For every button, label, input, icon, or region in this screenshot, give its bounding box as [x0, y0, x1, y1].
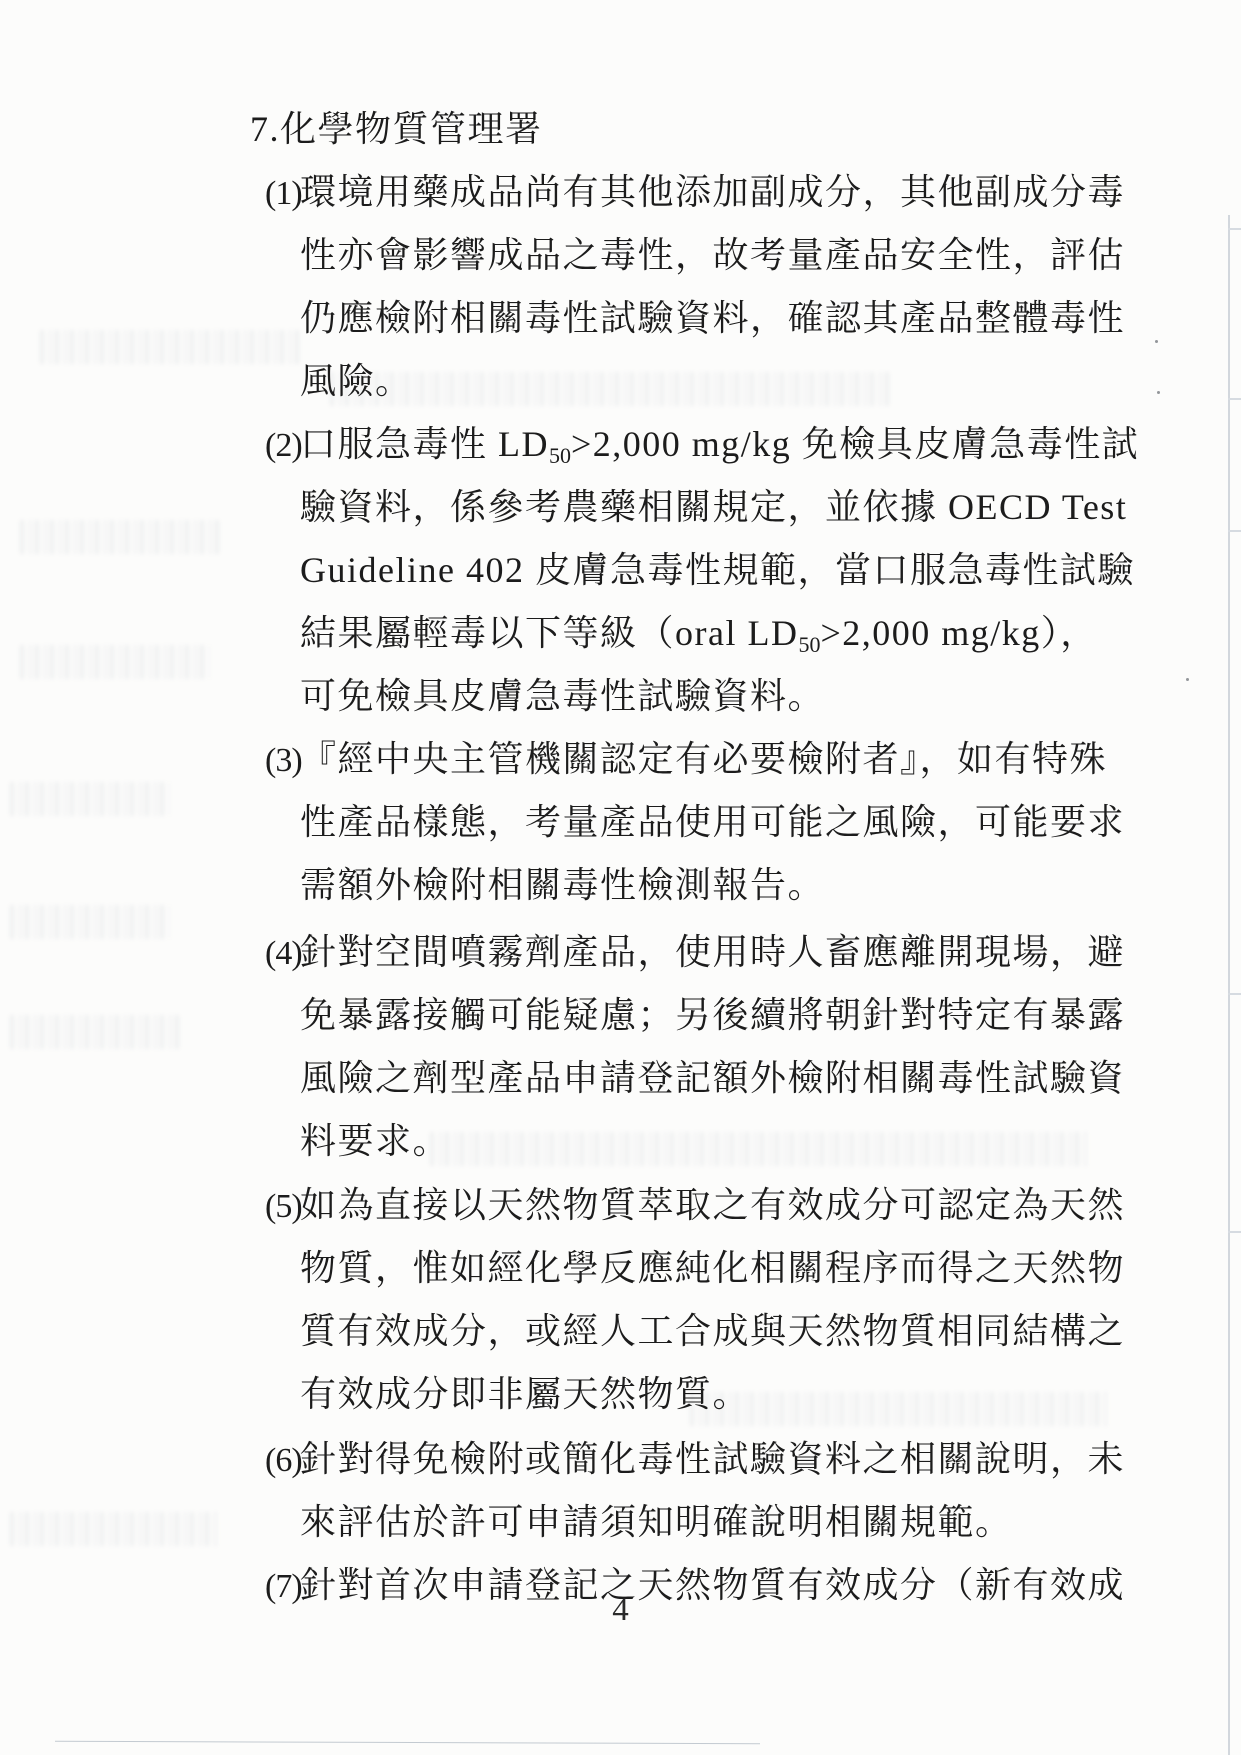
bleedthrough-ghost	[20, 520, 220, 554]
scan-edge-tick	[1228, 1231, 1241, 1233]
text-segment: 風險之劑型產品申請登記額外檢附相關毒性試驗資	[300, 1058, 1125, 1098]
dust-speck	[1157, 391, 1160, 394]
text-line: 有效成分即非屬天然物質。	[265, 1363, 1125, 1426]
text-segment: 物質，惟如經化學反應純化相關程序而得之天然物	[300, 1248, 1125, 1288]
text-segment: 需額外檢附相關毒性檢測報告。	[300, 865, 825, 905]
text-segment: 性亦會影響成品之毒性，故考量產品安全性，評估	[300, 235, 1125, 275]
list-item-6: (6)針對得免檢附或簡化毒性試驗資料之相關說明，未 來評估於許可申請須知明確說明…	[265, 1428, 1125, 1554]
bleedthrough-ghost	[10, 905, 170, 939]
text-line: Guideline 402 皮膚急毒性規範，當口服急毒性試驗	[265, 539, 1139, 602]
text-line: (5)如為直接以天然物質萃取之有效成分可認定為天然	[265, 1174, 1125, 1237]
text-segment: 『經中央主管機關認定有必要檢附者』，如有特殊	[300, 739, 1107, 779]
text-line: 料要求。	[265, 1110, 1125, 1173]
text-segment: 針對得免檢附或簡化毒性試驗資料之相關說明，未	[300, 1439, 1125, 1479]
text-segment: 料要求。	[300, 1121, 450, 1161]
text-line: (3)『經中央主管機關認定有必要檢附者』，如有特殊	[265, 728, 1125, 791]
dust-speck	[1155, 340, 1158, 343]
text-segment: Guideline 402 皮膚急毒性規範，當口服急毒性試驗	[300, 550, 1135, 590]
text-line: 質有效成分，或經人工合成與天然物質相同結構之	[265, 1300, 1125, 1363]
list-item-marker: (2)	[265, 414, 300, 477]
scan-edge-tick	[1228, 530, 1241, 532]
bleedthrough-ghost	[10, 1512, 220, 1546]
list-item-3: (3)『經中央主管機關認定有必要檢附者』，如有特殊 性產品樣態，考量產品使用可能…	[265, 728, 1125, 917]
text-segment: 可免檢具皮膚急毒性試驗資料。	[300, 676, 825, 716]
text-segment: 免暴露接觸可能疑慮；另後續將朝針對特定有暴露	[300, 995, 1125, 1035]
text-segment: 質有效成分，或經人工合成與天然物質相同結構之	[300, 1311, 1125, 1351]
text-line: 結果屬輕毒以下等級（oral LD50>2,000 mg/kg），	[265, 602, 1139, 665]
text-line: 來評估於許可申請須知明確說明相關規範。	[265, 1491, 1125, 1554]
scan-bottom-line	[55, 1741, 760, 1744]
text-segment: 結果屬輕毒以下等級（oral LD	[300, 613, 798, 653]
text-segment: 風險。	[300, 361, 413, 401]
list-item-5: (5)如為直接以天然物質萃取之有效成分可認定為天然 物質，惟如經化學反應純化相關…	[265, 1174, 1125, 1426]
text-line: 需額外檢附相關毒性檢測報告。	[265, 854, 1125, 917]
text-segment: >2,000 mg/kg 免檢具皮膚急毒性試	[571, 424, 1139, 464]
list-item-marker: (5)	[265, 1175, 300, 1238]
text-segment: 來評估於許可申請須知明確說明相關規範。	[300, 1502, 1013, 1542]
scan-edge-tick	[1228, 228, 1241, 230]
text-line: (4)針對空間噴霧劑產品，使用時人畜應離開現場，避	[265, 921, 1125, 984]
text-line: 物質，惟如經化學反應純化相關程序而得之天然物	[265, 1237, 1125, 1300]
list-item-1: (1)環境用藥成品尚有其他添加副成分，其他副成分毒 性亦會影響成品之毒性，故考量…	[265, 161, 1125, 413]
text-line: 風險。	[265, 350, 1125, 413]
text-segment: 針對空間噴霧劑產品，使用時人畜應離開現場，避	[300, 932, 1125, 972]
scan-edge-tick	[1228, 398, 1241, 400]
list-item-marker: (3)	[265, 729, 300, 792]
subscript: 50	[798, 632, 820, 657]
bleedthrough-ghost	[10, 782, 170, 816]
section-heading: 7.化學物質管理署	[250, 98, 543, 161]
scan-edge-line	[1228, 215, 1230, 1755]
text-segment: 如為直接以天然物質萃取之有效成分可認定為天然	[300, 1185, 1125, 1225]
text-line: 仍應檢附相關毒性試驗資料，確認其產品整體毒性	[265, 287, 1125, 350]
bleedthrough-ghost	[10, 1015, 180, 1049]
text-segment: >2,000 mg/kg），	[820, 613, 1097, 653]
bleedthrough-ghost	[40, 330, 300, 364]
text-line: 風險之劑型產品申請登記額外檢附相關毒性試驗資	[265, 1047, 1125, 1110]
page-number: 4	[0, 1592, 1241, 1629]
list-item-4: (4)針對空間噴霧劑產品，使用時人畜應離開現場，避 免暴露接觸可能疑慮；另後續將…	[265, 921, 1125, 1173]
text-line: 可免檢具皮膚急毒性試驗資料。	[265, 665, 1139, 728]
scanned-document-page: 7.化學物質管理署 (1)環境用藥成品尚有其他添加副成分，其他副成分毒 性亦會影…	[0, 0, 1241, 1755]
list-item-marker: (4)	[265, 922, 300, 985]
text-line: (1)環境用藥成品尚有其他添加副成分，其他副成分毒	[265, 161, 1125, 224]
text-line: 驗資料，係參考農藥相關規定，並依據 OECD Test	[265, 476, 1139, 539]
text-line: (6)針對得免檢附或簡化毒性試驗資料之相關說明，未	[265, 1428, 1125, 1491]
text-segment: 仍應檢附相關毒性試驗資料，確認其產品整體毒性	[300, 298, 1125, 338]
bleedthrough-ghost	[20, 645, 210, 679]
text-line: 性亦會影響成品之毒性，故考量產品安全性，評估	[265, 224, 1125, 287]
text-segment: 環境用藥成品尚有其他添加副成分，其他副成分毒	[300, 172, 1125, 212]
dust-speck	[1186, 678, 1189, 681]
scan-edge-tick	[1228, 993, 1241, 995]
list-item-marker: (6)	[265, 1429, 300, 1492]
text-line: 性產品樣態，考量產品使用可能之風險，可能要求	[265, 791, 1125, 854]
text-segment: 驗資料，係參考農藥相關規定，並依據 OECD Test	[300, 487, 1127, 527]
text-line: 免暴露接觸可能疑慮；另後續將朝針對特定有暴露	[265, 984, 1125, 1047]
subscript: 50	[549, 443, 571, 468]
list-item-2: (2)口服急毒性 LD50>2,000 mg/kg 免檢具皮膚急毒性試 驗資料，…	[265, 413, 1139, 728]
text-segment: 性產品樣態，考量產品使用可能之風險，可能要求	[300, 802, 1125, 842]
text-line: (2)口服急毒性 LD50>2,000 mg/kg 免檢具皮膚急毒性試	[265, 413, 1139, 476]
list-item-marker: (1)	[265, 162, 300, 225]
text-segment: 有效成分即非屬天然物質。	[300, 1374, 750, 1414]
text-segment: 口服急毒性 LD	[300, 424, 549, 464]
